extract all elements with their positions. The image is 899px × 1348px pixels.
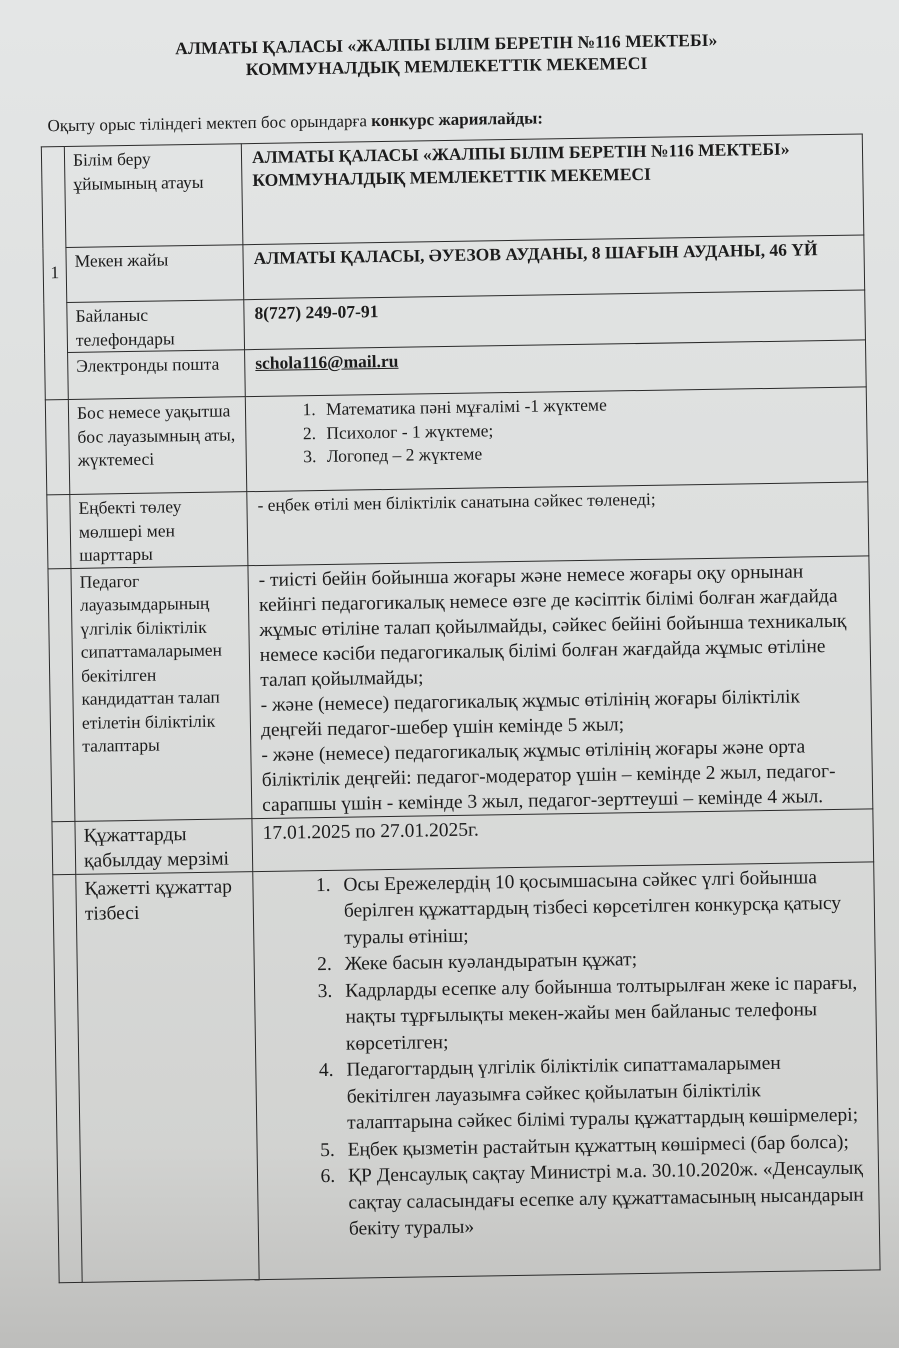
documents-list: Осы Ережелердің 10 қосымшасына сәйкес үл… (263, 864, 871, 1244)
address-label: Мекен жайы (66, 245, 244, 303)
table-row-documents: Қажетті құжаттар тізбесі Осы Ережелердің… (53, 861, 880, 1282)
table-row-org-name: 1 Білім беру ұйымының атауы АЛМАТЫ ҚАЛАС… (41, 134, 863, 248)
table-row-payment: Еңбекті төлеу мөлшері мен шарттары - еңб… (47, 482, 869, 568)
intro-plain: Оқыту орыс тіліндегі мектеп бос орындарғ… (47, 111, 371, 135)
table-row-vacancies: Бос немесе уақытша бос лауазымның аты, ж… (45, 387, 867, 495)
document-header: АЛМАТЫ ҚАЛАСЫ «ЖАЛПЫ БІЛІМ БЕРЕТІН №116 … (101, 28, 792, 83)
vacancies-label: Бос немесе уақытша бос лауазымның аты, ж… (68, 397, 246, 495)
requirements-label: Педагог лауазымдарының үлгілік біліктілі… (71, 565, 252, 821)
vacancy-table: 1 Білім беру ұйымының атауы АЛМАТЫ ҚАЛАС… (41, 133, 881, 1282)
vacancies-list: Математика пәні мұғалімі -1 жүктеме Псих… (256, 390, 859, 470)
row-number-empty (45, 399, 69, 494)
list-item: Кадрларды есепке алу бойынша толтырылған… (337, 970, 868, 1058)
email-link[interactable]: schola116@mail.ru (255, 351, 398, 373)
list-item: Осы Ережелердің 10 қосымшасына сәйкес үл… (335, 864, 866, 952)
address-value: АЛМАТЫ ҚАЛАСЫ, ӘУЕЗОВ АУДАНЫ, 8 ШАҒЫН АУ… (243, 235, 865, 300)
row-number-empty (47, 494, 71, 568)
table-row-requirements: Педагог лауазымдарының үлгілік біліктілі… (48, 555, 873, 821)
intro-bold: конкурс жариялайды: (371, 108, 543, 130)
org-name-label: Білім беру ұйымының атауы (64, 144, 243, 248)
requirement-paragraph: - тиісті бейін бойынша жоғары және немес… (258, 558, 862, 692)
phone-label: Байланыс телефондары (67, 300, 245, 353)
deadline-value: 17.01.2025 по 27.01.2025г. (252, 808, 874, 871)
org-name-value: АЛМАТЫ ҚАЛАСЫ «ЖАЛПЫ БІЛІМ БЕРЕТІН №116 … (241, 134, 864, 245)
list-item: ҚР Денсаулық сақтау Министрі м.а. 30.10.… (340, 1155, 871, 1243)
list-item: Педагогтардың үлгілік біліктілік сипатта… (338, 1049, 869, 1137)
documents-label: Қажетті құжаттар тізбесі (76, 871, 259, 1282)
intro-text: Оқыту орыс тіліндегі мектеп бос орындарғ… (47, 108, 543, 136)
payment-value: - еңбек өтілі мен біліктілік санатына сә… (247, 482, 869, 565)
requirement-paragraph: - және (немесе) педагогикалық жұмыс өтіл… (261, 733, 864, 817)
email-label: Электронды пошта (68, 350, 246, 400)
deadline-label: Құжаттарды қабылдау мерзімі (75, 818, 253, 874)
row-number-empty (52, 821, 76, 874)
payment-label: Еңбекті төлеу мөлшері мен шарттары (70, 492, 248, 568)
document-page: АЛМАТЫ ҚАЛАСЫ «ЖАЛПЫ БІЛІМ БЕРЕТІН №116 … (0, 0, 899, 1348)
